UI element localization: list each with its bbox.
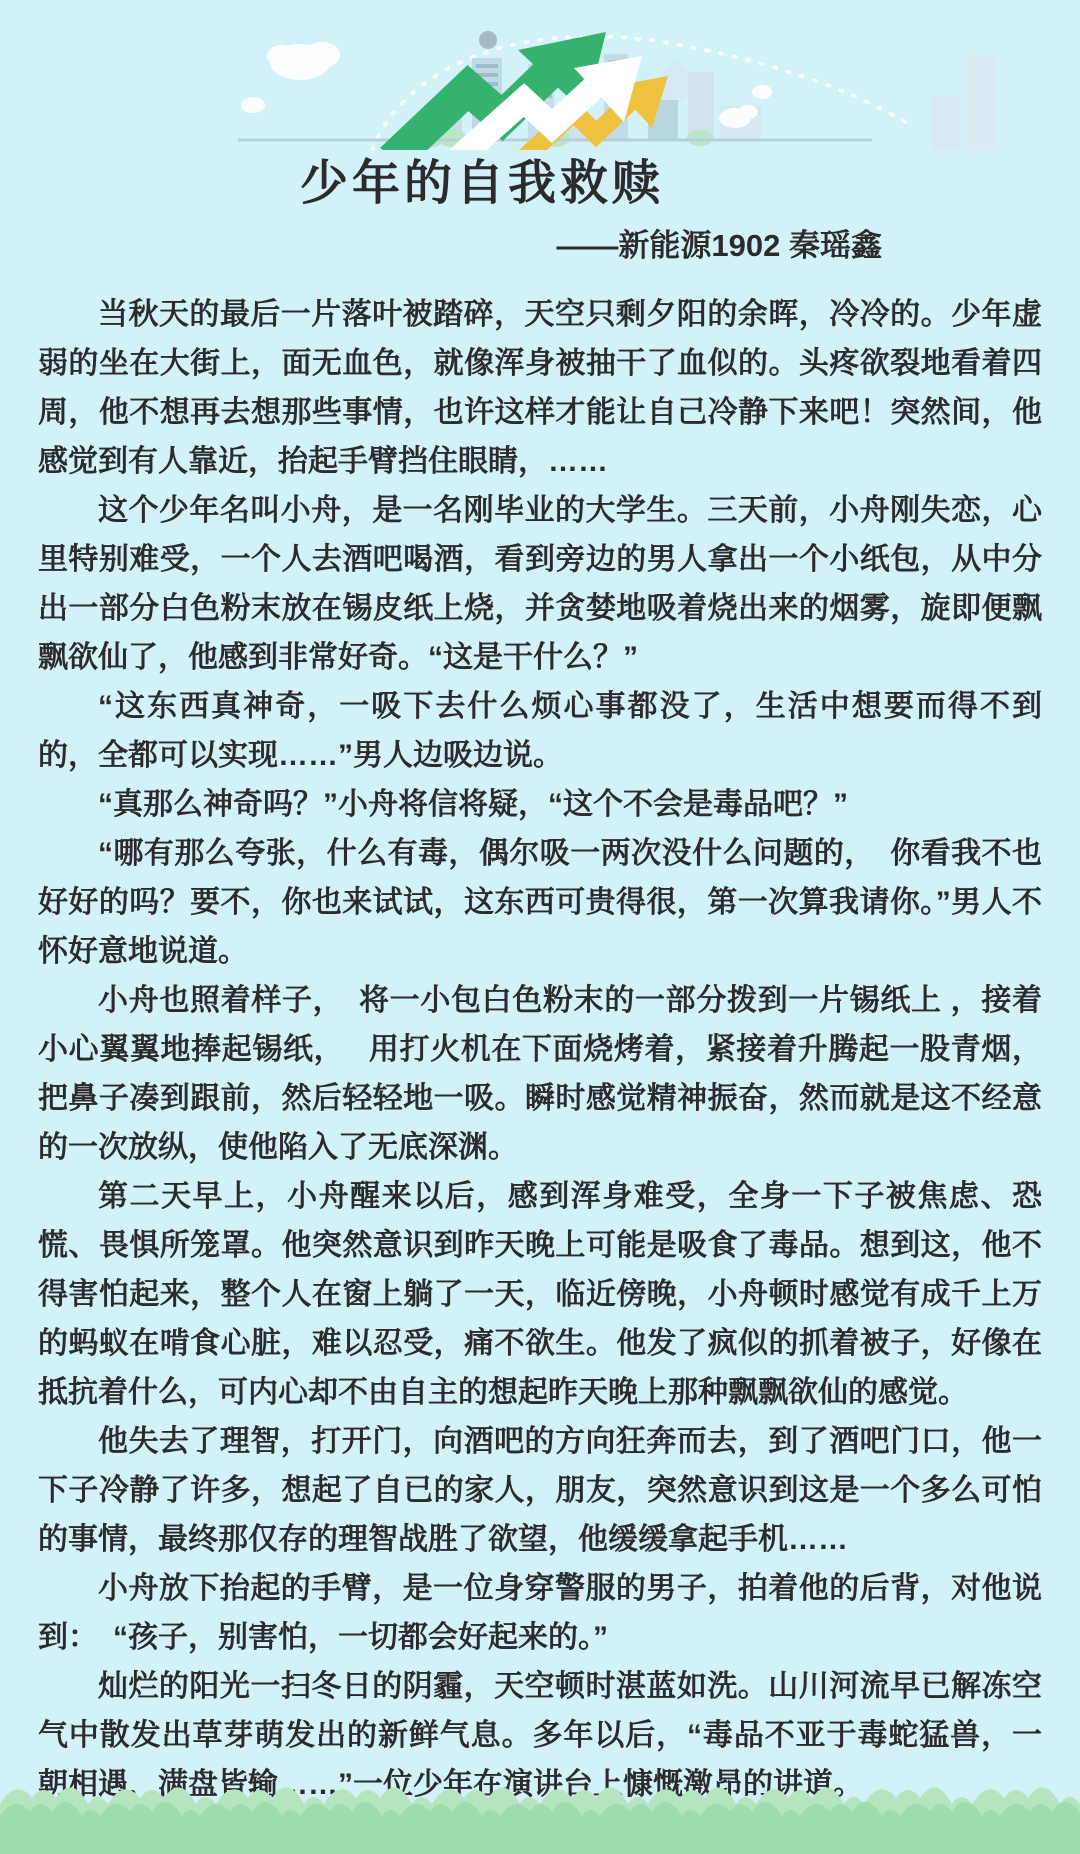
story-paragraph: 他失去了理智，打开门，向酒吧的方向狂奔而去，到了酒吧门口，他一下子冷静了许多，想… (38, 1417, 1042, 1564)
cloud-icon (267, 42, 340, 80)
story-paragraph: 当秋天的最后一片落叶被踏碎，天空只剩夕阳的余晖，冷冷的。少年虚弱的坐在大街上，面… (38, 290, 1042, 486)
story-paragraph: “这东西真神奇，一吸下去什么烦心事都没了，生活中想要而得不到的，全都可以实现……… (38, 682, 1042, 780)
story-paragraph: 第二天早上，小舟醒来以后，感到浑身难受，全身一下子被焦虑、恐慌、畏惧所笼罩。他突… (38, 1172, 1042, 1417)
building-icon (932, 96, 960, 150)
page: { "page": { "background_color": "#d3f1f8… (0, 0, 1080, 1854)
header-illustration (0, 0, 1080, 150)
orbit-dot-icon (479, 31, 497, 49)
byline: ——新能源1902 秦瑶鑫 (0, 228, 1080, 264)
story-paragraph: “哪有那么夸张，什么有毒，偶尔吸一两次没什么问题的， 你看我不也好好的吗？要不，… (38, 829, 1042, 976)
cloud-icon (241, 97, 265, 113)
story-paragraph: 小舟也照着样子， 将一小包白色粉末的一部分拨到一片锡纸上 ，接着小心翼翼地捧起锡… (38, 976, 1042, 1172)
cloud-icon (752, 85, 772, 99)
story-paragraph: “真那么神奇吗？”小舟将信将疑，“这个不会是毒品吧？” (38, 780, 1042, 829)
article: 当秋天的最后一片落叶被踏碎，天空只剩夕阳的余晖，冷冷的。少年虚弱的坐在大街上，面… (38, 290, 1042, 1809)
grass-border (0, 1778, 1080, 1854)
page-title: 少年的自我救赎 (0, 156, 1022, 212)
story-paragraph: 这个少年名叫小舟，是一名刚毕业的大学生。三天前，小舟刚失恋，心里特别难受，一个人… (38, 486, 1042, 682)
story-paragraph: 小舟放下抬起的手臂，是一位身穿警服的男子，拍着他的后背，对他说到： “孩子，别害… (38, 1564, 1042, 1662)
bush-icon (687, 130, 713, 146)
building-icon (688, 72, 714, 140)
building-icon (966, 55, 996, 150)
grass-front (0, 1802, 1080, 1854)
